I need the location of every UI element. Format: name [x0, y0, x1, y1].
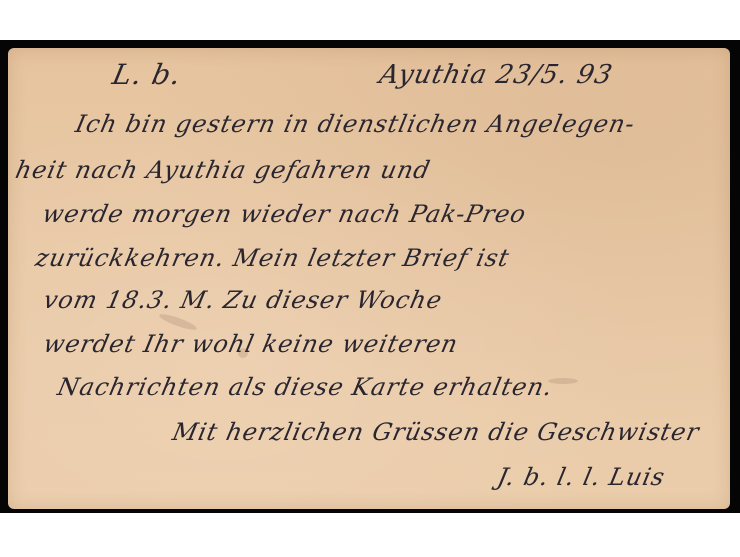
text-line-7: Nachrichten als diese Karte erhalten. — [55, 373, 556, 401]
place-date: Ayuthia 23/5. 93 — [377, 60, 616, 90]
salutation: L. b. — [109, 58, 184, 91]
text-line-5: vom 18.3. M. Zu dieser Woche — [41, 286, 445, 314]
text-line-6: werdet Ihr wohl keine weiteren — [41, 330, 461, 358]
text-line-4: zurückkehren. Mein letzter Brief ist — [33, 244, 512, 272]
text-line-3: werde morgen wieder nach Pak-Preo — [40, 200, 529, 228]
signature: J. b. l. l. Luis — [495, 463, 668, 491]
text-line-8: Mit herzlichen Grüssen die Geschwister — [170, 418, 702, 446]
postcard: L. b. Ayuthia 23/5. 93 Ich bin gestern i… — [8, 48, 730, 509]
text-line-1: Ich bin gestern in dienstlichen Angelege… — [73, 110, 638, 138]
text-line-2: heit nach Ayuthia gefahren und — [13, 156, 433, 184]
